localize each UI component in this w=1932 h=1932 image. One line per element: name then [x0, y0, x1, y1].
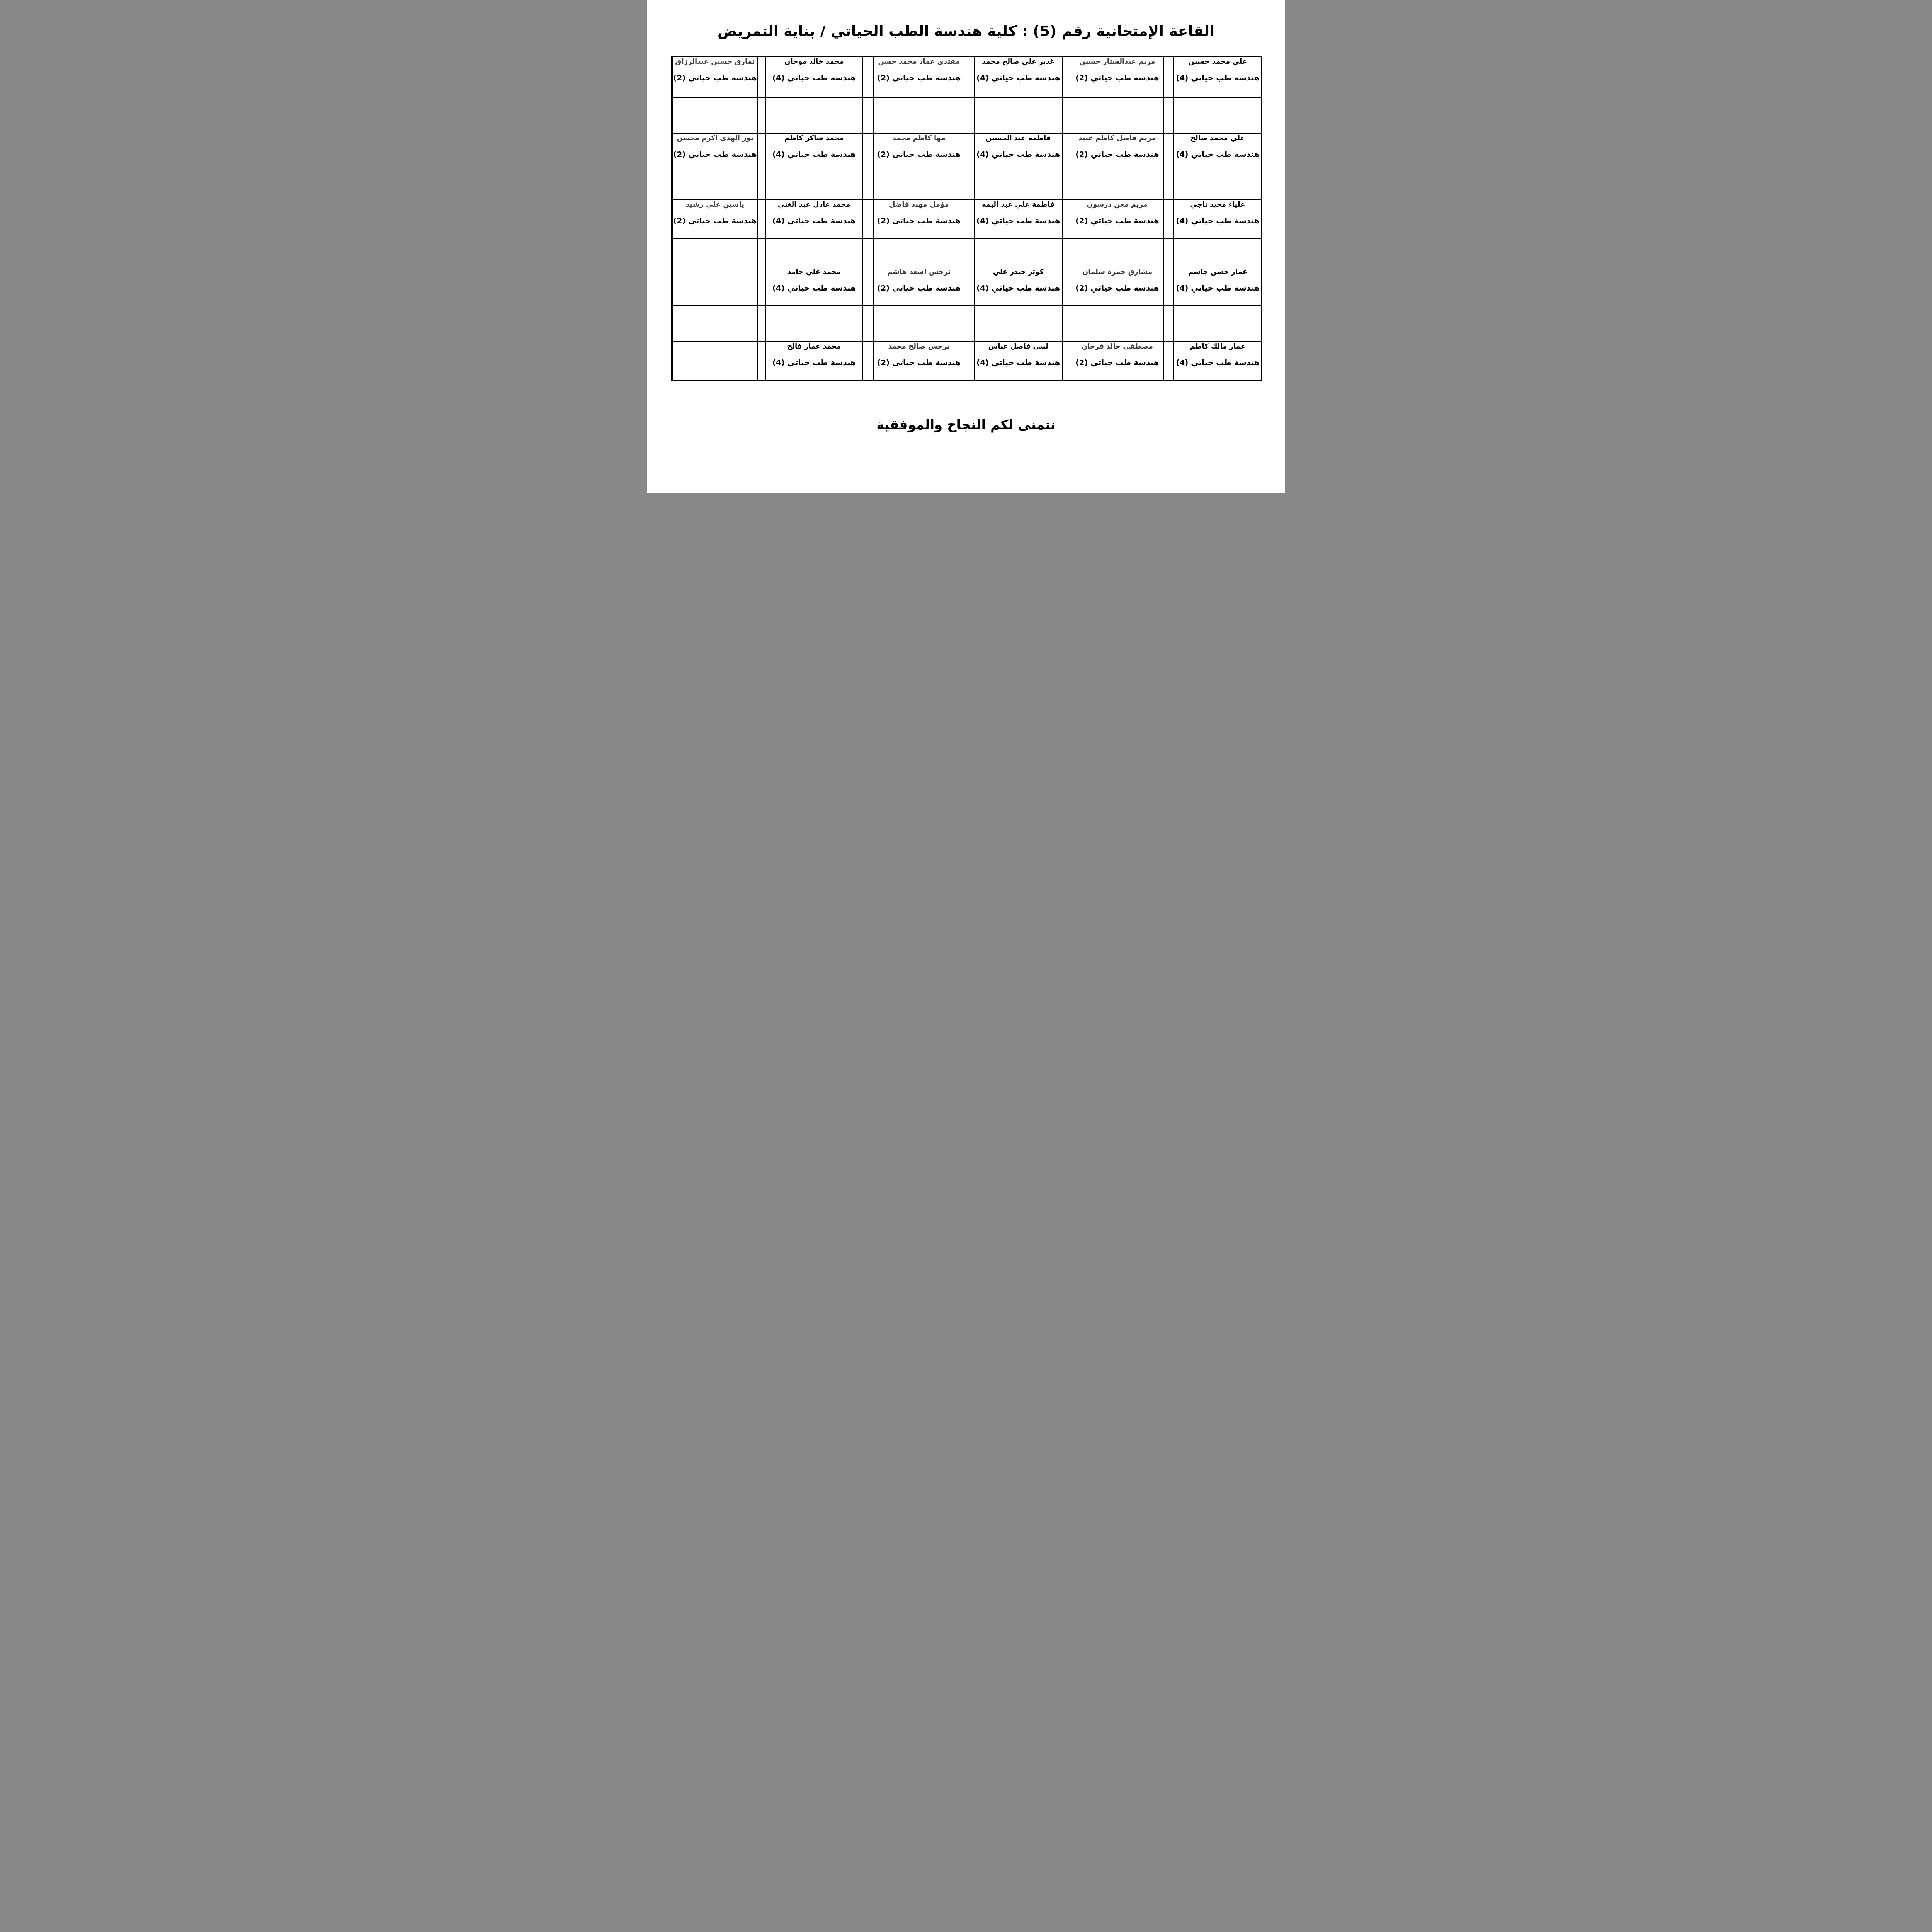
empty-cell [766, 306, 862, 342]
empty-cell [1071, 306, 1163, 342]
seat-cell: لبنى فاضل عباس هندسة طب حياتي (4) [974, 342, 1063, 380]
student-name: نور الهدى اكرم محسن [673, 134, 757, 143]
spacer-cell [1163, 342, 1174, 380]
student-name: فاطمة عبد الحسين [975, 134, 1062, 143]
empty-cell [874, 238, 964, 267]
student-name: نرجس اسعد هاشم [874, 267, 964, 277]
spacer-cell [1063, 342, 1071, 380]
seat-cell: مها كاظم محمد هندسة طب حياتي (2) [874, 133, 964, 170]
seat-row: عمار حسن جاسم هندسة طب حياتي (4) مشارق ح… [672, 267, 1262, 306]
seat-cell: مشارق حمزة سلمان هندسة طب حياتي (2) [1071, 267, 1163, 306]
seat-cell: علي محمد صالح هندسة طب حياتي (4) [1174, 133, 1262, 170]
seat-cell: محمد خالد موحان هندسة طب حياتي (4) [766, 57, 862, 98]
seat-cell: محمد عمار فالح هندسة طب حياتي (4) [766, 342, 862, 380]
spacer-cell [757, 238, 766, 267]
student-name: مقتدى عماد محمد حسن [874, 57, 964, 66]
spacer-cell [964, 267, 974, 306]
course-label: هندسة طب حياتي (4) [766, 215, 862, 226]
seat-cell: محمد علي حامد هندسة طب حياتي (4) [766, 267, 862, 306]
empty-cell [1174, 170, 1262, 200]
course-label: هندسة طب حياتي (4) [766, 282, 862, 293]
empty-cell [974, 238, 1063, 267]
spacer-cell [1063, 306, 1071, 342]
spacer-cell [757, 342, 766, 380]
student-name: محمد خالد موحان [766, 57, 862, 66]
student-name: مريم معن درسون [1071, 200, 1163, 209]
student-name: مريم فاضل كاظم عبيد [1071, 134, 1163, 143]
course-label: هندسة طب حياتي (4) [766, 357, 862, 368]
student-name: مصطفى خالد فرحان [1071, 342, 1163, 351]
empty-cell [766, 98, 862, 133]
empty-cell [1174, 306, 1262, 342]
course-label: هندسة طب حياتي (2) [874, 215, 964, 226]
spacer-cell [757, 267, 766, 306]
student-name: فاطمة علي عبد أليمه [975, 200, 1062, 209]
spacer-cell [862, 306, 874, 342]
seat-cell: عمار حسن جاسم هندسة طب حياتي (4) [1174, 267, 1262, 306]
course-label: هندسة طب حياتي (2) [673, 215, 757, 226]
page-title: القاعة الإمتحانية رقم (5) : كلية هندسة ا… [647, 22, 1285, 39]
seat-cell: مريم فاضل كاظم عبيد هندسة طب حياتي (2) [1071, 133, 1163, 170]
student-name: علي محمد صالح [1174, 134, 1261, 143]
seat-cell: نمارق حسين عبدالرزاق هندسة طب حياتي (2) [672, 57, 757, 98]
empty-cell [1071, 238, 1163, 267]
course-label: هندسة طب حياتي (4) [1174, 282, 1261, 293]
empty-cell [672, 238, 757, 267]
spacer-cell [1063, 238, 1071, 267]
empty-cell [874, 170, 964, 200]
exam-hall-sheet: القاعة الإمتحانية رقم (5) : كلية هندسة ا… [647, 0, 1285, 493]
student-name: محمد علي حامد [766, 267, 862, 277]
empty-row [672, 98, 1262, 133]
seat-cell: فاطمة علي عبد أليمه هندسة طب حياتي (4) [974, 200, 1063, 238]
spacer-cell [964, 200, 974, 238]
student-name: نرجس صالح محمد [874, 342, 964, 351]
seat-cell: محمد شاكر كاظم هندسة طب حياتي (4) [766, 133, 862, 170]
course-label: هندسة طب حياتي (2) [874, 282, 964, 293]
seat-cell: عمار مالك كاظم هندسة طب حياتي (4) [1174, 342, 1262, 380]
empty-cell [1174, 238, 1262, 267]
seat-cell: مصطفى خالد فرحان هندسة طب حياتي (2) [1071, 342, 1163, 380]
seat-cell [672, 267, 757, 306]
seating-table: علي محمد حسين هندسة طب حياتي (4) مريم عب… [671, 56, 1262, 381]
student-name: عمار مالك كاظم [1174, 342, 1261, 351]
seat-row: علي محمد صالح هندسة طب حياتي (4) مريم فا… [672, 133, 1262, 170]
seat-cell: محمد عادل عبد الغني هندسة طب حياتي (4) [766, 200, 862, 238]
empty-cell [766, 238, 862, 267]
spacer-cell [1163, 98, 1174, 133]
seat-cell: مريم عبدالستار حسين هندسة طب حياتي (2) [1071, 57, 1163, 98]
empty-cell [1071, 170, 1163, 200]
spacer-cell [862, 133, 874, 170]
spacer-cell [862, 98, 874, 133]
course-label: هندسة طب حياتي (2) [1071, 215, 1163, 226]
seat-row: علياء مجيد ناجي هندسة طب حياتي (4) مريم … [672, 200, 1262, 238]
student-name: علي محمد حسين [1174, 57, 1261, 66]
spacer-cell [1163, 133, 1174, 170]
seat-cell: مريم معن درسون هندسة طب حياتي (2) [1071, 200, 1163, 238]
spacer-cell [757, 57, 766, 98]
empty-row [672, 306, 1262, 342]
seat-cell: نور الهدى اكرم محسن هندسة طب حياتي (2) [672, 133, 757, 170]
spacer-cell [757, 200, 766, 238]
spacer-cell [862, 200, 874, 238]
spacer-cell [1163, 170, 1174, 200]
spacer-cell [964, 57, 974, 98]
student-name: مشارق حمزة سلمان [1071, 267, 1163, 277]
student-name: علياء مجيد ناجي [1174, 200, 1261, 209]
spacer-cell [757, 133, 766, 170]
student-name: مريم عبدالستار حسين [1071, 57, 1163, 66]
spacer-cell [1163, 267, 1174, 306]
student-name: مها كاظم محمد [874, 134, 964, 143]
spacer-cell [964, 133, 974, 170]
course-label: هندسة طب حياتي (2) [1071, 149, 1163, 160]
seat-row: علي محمد حسين هندسة طب حياتي (4) مريم عب… [672, 57, 1262, 98]
empty-cell [766, 170, 862, 200]
student-name: محمد شاكر كاظم [766, 134, 862, 143]
course-label: هندسة طب حياتي (4) [766, 72, 862, 83]
student-name: مؤمل مهند فاضل [874, 200, 964, 209]
student-name: محمد عمار فالح [766, 342, 862, 351]
student-name: كوثر حيدر علي [975, 267, 1062, 277]
student-name: نمارق حسين عبدالرزاق [673, 57, 757, 66]
seat-cell: نرجس اسعد هاشم هندسة طب حياتي (2) [874, 267, 964, 306]
course-label: هندسة طب حياتي (2) [874, 357, 964, 368]
course-label: هندسة طب حياتي (4) [975, 357, 1062, 368]
empty-row [672, 170, 1262, 200]
course-label: هندسة طب حياتي (4) [1174, 357, 1261, 368]
course-label: هندسة طب حياتي (2) [673, 72, 757, 83]
spacer-cell [964, 238, 974, 267]
course-label: هندسة طب حياتي (4) [766, 149, 862, 160]
spacer-cell [964, 98, 974, 133]
seat-cell: غدير علي صالح محمد هندسة طب حياتي (4) [974, 57, 1063, 98]
empty-cell [974, 170, 1063, 200]
spacer-cell [1063, 267, 1071, 306]
seat-cell: كوثر حيدر علي هندسة طب حياتي (4) [974, 267, 1063, 306]
empty-cell [974, 98, 1063, 133]
spacer-cell [1063, 98, 1071, 133]
empty-cell [1174, 98, 1262, 133]
empty-cell [974, 306, 1063, 342]
student-name: عمار حسن جاسم [1174, 267, 1261, 277]
course-label: هندسة طب حياتي (4) [1174, 72, 1261, 83]
empty-cell [874, 98, 964, 133]
course-label: هندسة طب حياتي (2) [1071, 282, 1163, 293]
spacer-cell [862, 342, 874, 380]
seat-cell: نرجس صالح محمد هندسة طب حياتي (2) [874, 342, 964, 380]
course-label: هندسة طب حياتي (2) [874, 149, 964, 160]
student-name: ياسين علي رشيد [673, 200, 757, 209]
seat-cell: فاطمة عبد الحسين هندسة طب حياتي (4) [974, 133, 1063, 170]
spacer-cell [964, 306, 974, 342]
course-label: هندسة طب حياتي (2) [1071, 357, 1163, 368]
empty-row [672, 238, 1262, 267]
spacer-cell [964, 342, 974, 380]
spacer-cell [757, 170, 766, 200]
good-luck-note: نتمنى لكم النجاح والموفقية [647, 417, 1285, 433]
spacer-cell [1163, 306, 1174, 342]
seat-cell: مؤمل مهند فاضل هندسة طب حياتي (2) [874, 200, 964, 238]
course-label: هندسة طب حياتي (4) [975, 72, 1062, 83]
spacer-cell [862, 238, 874, 267]
seat-cell [672, 342, 757, 380]
spacer-cell [1163, 238, 1174, 267]
empty-cell [672, 306, 757, 342]
empty-cell [672, 170, 757, 200]
course-label: هندسة طب حياتي (4) [975, 215, 1062, 226]
spacer-cell [1063, 170, 1071, 200]
empty-cell [874, 306, 964, 342]
spacer-cell [1063, 133, 1071, 170]
spacer-cell [862, 170, 874, 200]
spacer-cell [862, 267, 874, 306]
empty-cell [672, 98, 757, 133]
course-label: هندسة طب حياتي (2) [874, 72, 964, 83]
course-label: هندسة طب حياتي (4) [1174, 149, 1261, 160]
student-name: محمد عادل عبد الغني [766, 200, 862, 209]
course-label: هندسة طب حياتي (2) [1071, 72, 1163, 83]
course-label: هندسة طب حياتي (2) [673, 149, 757, 160]
course-label: هندسة طب حياتي (4) [975, 282, 1062, 293]
seat-cell: علياء مجيد ناجي هندسة طب حياتي (4) [1174, 200, 1262, 238]
student-name: غدير علي صالح محمد [975, 57, 1062, 66]
spacer-cell [757, 98, 766, 133]
spacer-cell [964, 170, 974, 200]
empty-cell [1071, 98, 1163, 133]
seat-cell: مقتدى عماد محمد حسن هندسة طب حياتي (2) [874, 57, 964, 98]
spacer-cell [1163, 200, 1174, 238]
seat-cell: علي محمد حسين هندسة طب حياتي (4) [1174, 57, 1262, 98]
course-label: هندسة طب حياتي (4) [1174, 215, 1261, 226]
seat-cell: ياسين علي رشيد هندسة طب حياتي (2) [672, 200, 757, 238]
seat-row: عمار مالك كاظم هندسة طب حياتي (4) مصطفى … [672, 342, 1262, 380]
student-name: لبنى فاضل عباس [975, 342, 1062, 351]
spacer-cell [1063, 200, 1071, 238]
spacer-cell [1063, 57, 1071, 98]
course-label: هندسة طب حياتي (4) [975, 149, 1062, 160]
spacer-cell [757, 306, 766, 342]
spacer-cell [862, 57, 874, 98]
spacer-cell [1163, 57, 1174, 98]
